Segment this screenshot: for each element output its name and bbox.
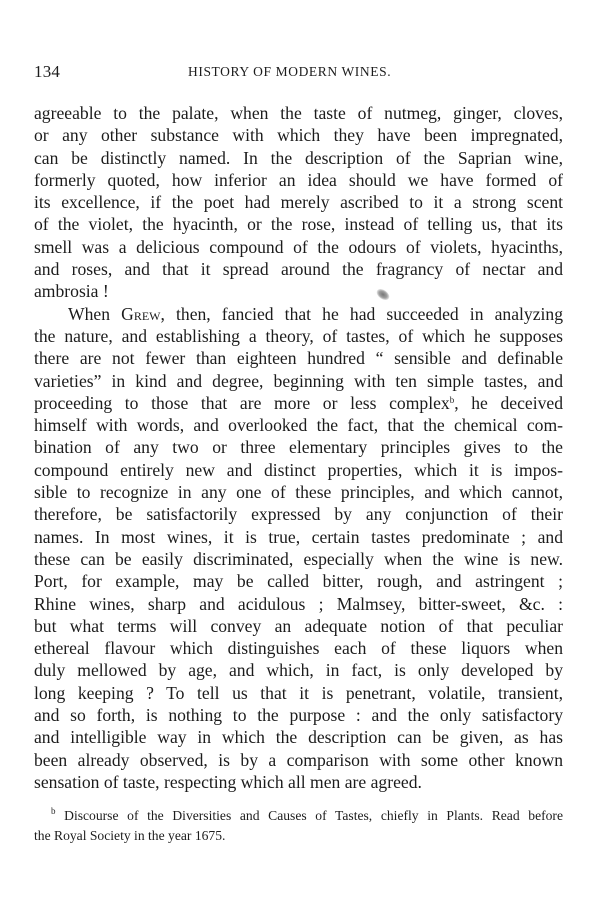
text-line: and intelligible way in which the descri… — [34, 726, 563, 748]
text-fragment: proceeding to those that are more or les… — [34, 393, 450, 413]
text-line: the nature, and establishing a theory, o… — [34, 325, 563, 347]
text-line: agreeable to the palate, when the taste … — [34, 102, 563, 124]
footnote-line: the Royal Society in the year 1675. — [34, 826, 563, 846]
paragraph-first-line: When Grew, then, fancied that he had suc… — [34, 303, 563, 325]
text-line: therefore, be satisfactorily expressed b… — [34, 503, 563, 525]
text-line: there are not fewer than eighteen hundre… — [34, 347, 563, 369]
text-line: sible to recognize in any one of these p… — [34, 481, 563, 503]
text-line: names. In most wines, it is true, certai… — [34, 526, 563, 548]
text-line: ethereal flavour which distinguishes eac… — [34, 637, 563, 659]
running-title: HISTORY OF MODERN WINES. — [188, 64, 391, 80]
text-line: himself with words, and overlooked the f… — [34, 414, 563, 436]
text-fragment: When — [68, 304, 121, 324]
text-line-with-footnote: proceeding to those that are more or les… — [34, 392, 563, 414]
text-fragment: , he deceived — [454, 393, 563, 413]
text-line: been already observed, is by a compariso… — [34, 749, 563, 771]
book-page: 134 HISTORY OF MODERN WINES. agreeable t… — [0, 0, 600, 900]
text-fragment: , then, fancied that he had succeeded in… — [161, 304, 564, 324]
text-line: and roses, and that it spread around the… — [34, 258, 563, 280]
footnote-marker: b — [51, 806, 56, 816]
text-line: or any other substance with which they h… — [34, 124, 563, 146]
text-line: Port, for example, may be called bitter,… — [34, 570, 563, 592]
text-line: varieties” in kind and degree, beginning… — [34, 370, 563, 392]
text-line: bination of any two or three elementary … — [34, 436, 563, 458]
footnote-text: Discourse of the Diversities and Causes … — [64, 808, 563, 823]
body-text: agreeable to the palate, when the taste … — [34, 102, 563, 793]
running-head: 134 HISTORY OF MODERN WINES. — [34, 62, 562, 84]
text-line: of the violet, the hyacinth, or the rose… — [34, 213, 563, 235]
text-line: sensation of taste, respecting which all… — [34, 771, 563, 793]
text-line: can be distinctly named. In the descript… — [34, 147, 563, 169]
footnote: b Discourse of the Diversities and Cause… — [34, 806, 563, 845]
page-number: 134 — [34, 62, 60, 82]
footnote-line: b Discourse of the Diversities and Cause… — [34, 806, 563, 826]
text-line: these can be easily discriminated, espec… — [34, 548, 563, 570]
text-line: but what terms will convey an adequate n… — [34, 615, 563, 637]
author-name-grew: Grew — [121, 304, 160, 324]
text-line: Rhine wines, sharp and acidulous ; Malms… — [34, 593, 563, 615]
text-line: compound entirely new and distinct prope… — [34, 459, 563, 481]
text-line: and so forth, is nothing to the purpose … — [34, 704, 563, 726]
text-line: its excellence, if the poet had merely a… — [34, 191, 563, 213]
text-line: long keeping ? To tell us that it is pen… — [34, 682, 563, 704]
text-line: smell was a delicious compound of the od… — [34, 236, 563, 258]
text-line: formerly quoted, how inferior an idea sh… — [34, 169, 563, 191]
text-line: duly mellowed by age, and which, in fact… — [34, 659, 563, 681]
text-line: ambrosia ! — [34, 280, 563, 302]
